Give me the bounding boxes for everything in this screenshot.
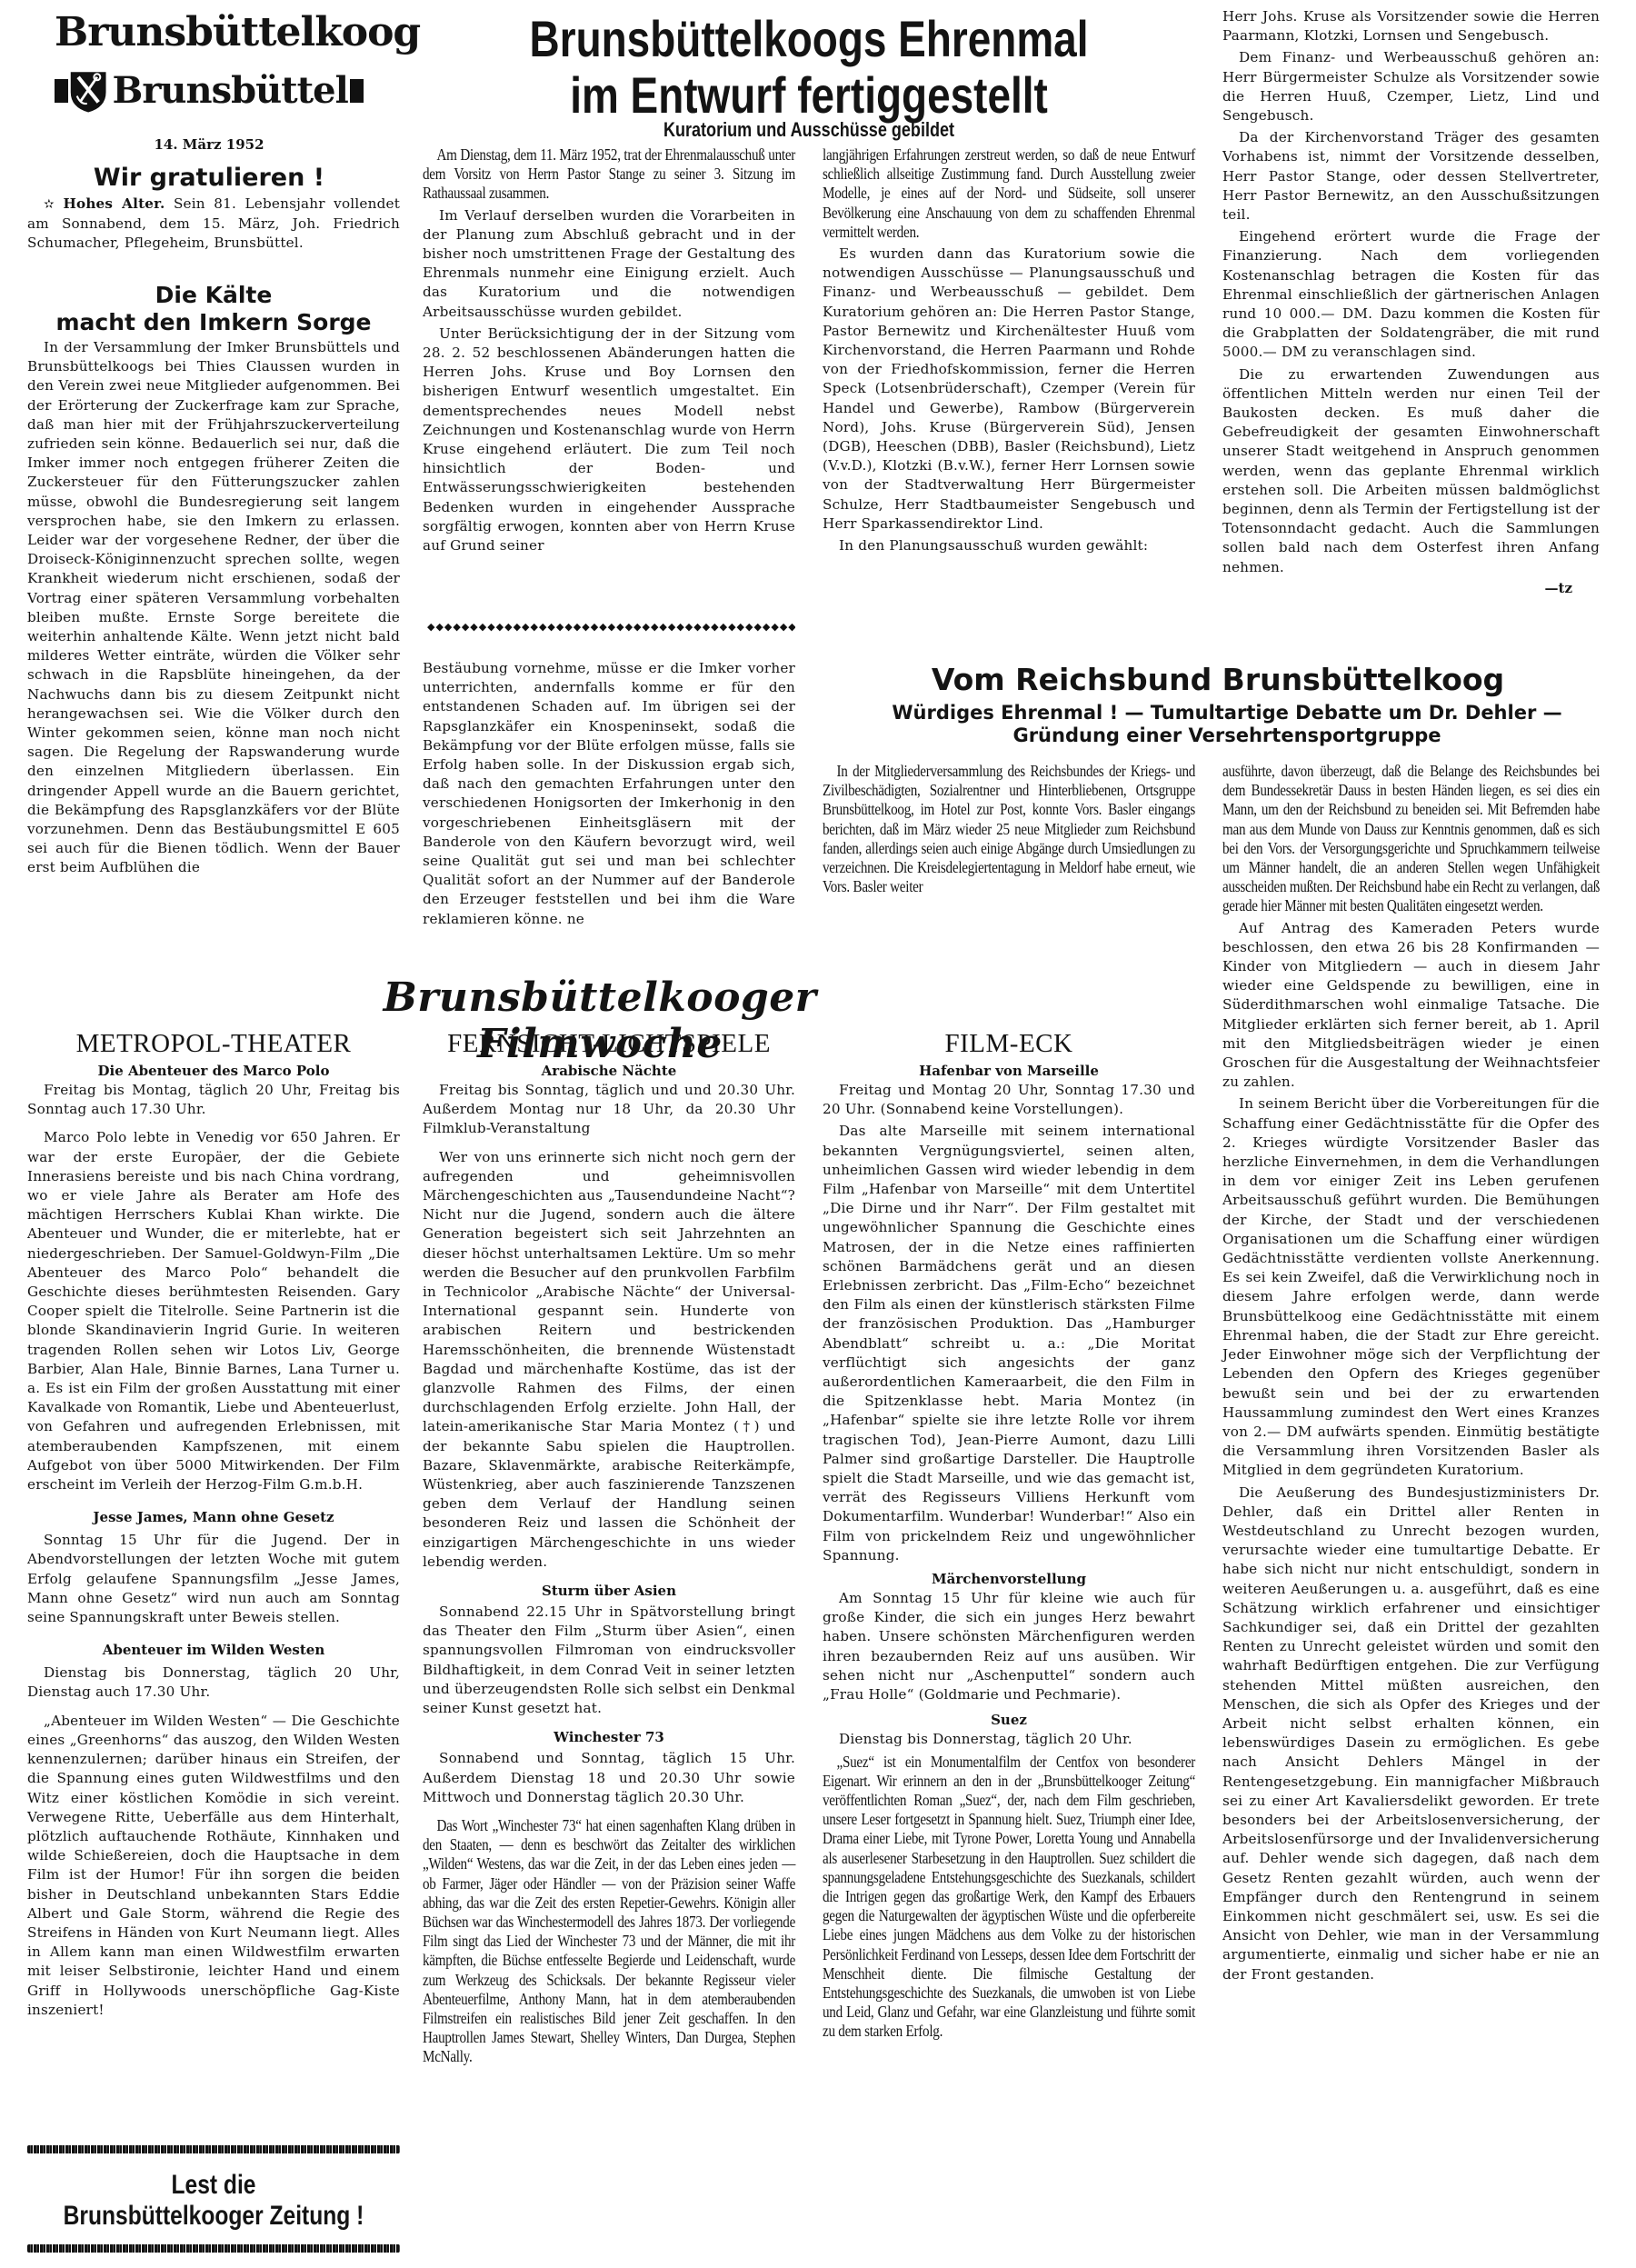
film-schedule: Freitag bis Montag, täglich 20 Uhr, Frei… <box>27 1081 400 1119</box>
film-description: „Suez“ ist ein Monumentalfilm der Centfo… <box>823 1753 1195 2042</box>
ehrenmal-col3: Herr Johs. Kruse als Vorsitzender sowie … <box>1222 7 1600 596</box>
reichsbund-col2: ausführte, davon überzeugt, daß die Bela… <box>1222 762 1600 1987</box>
ehrenmal-col3-p3: Da der Kirchenvorstand Träger des gesamt… <box>1222 128 1600 225</box>
zeitung-ad: Lest die Brunsbüttelkooger Zeitung ! <box>27 2145 400 2253</box>
imker-headline-line2: macht den Imkern Sorge <box>27 309 400 336</box>
gratulation-title: Wir gratulieren ! <box>27 164 391 192</box>
film-schedule: Dienstag bis Donnerstag, täglich 20 Uhr,… <box>27 1664 400 1702</box>
ehrenmal-col2: langjährigen Erfahrungen zerstreut werde… <box>823 145 1195 558</box>
film-schedule: Sonnabend und Sonntag, täglich 15 Uhr. A… <box>423 1749 795 1807</box>
diamond-divider: ◆◆◆◆◆◆◆◆◆◆◆◆◆◆◆◆◆◆◆◆◆◆◆◆◆◆◆◆◆◆◆◆◆◆◆◆◆◆◆◆… <box>427 621 795 633</box>
ehrenmal-col1: Am Dienstag, dem 11. März 1952, trat der… <box>423 145 795 558</box>
reichsbund-col1-p1: In der Mitgliederversammlung des Reichsb… <box>823 762 1195 896</box>
film-description: Das Wort „Winchester 73“ hat einen sagen… <box>423 1816 795 2067</box>
film-title: Hafenbar von Marseille <box>823 1063 1195 1079</box>
film-title: Sturm über Asien <box>423 1583 795 1599</box>
film-description: Sonntag 15 Uhr für die Jugend. Der in Ab… <box>27 1531 400 1627</box>
reichsbund-col1: In der Mitgliederversammlung des Reichsb… <box>823 762 1195 899</box>
ehrenmal-col2-p3: In den Planungsausschuß wurden gewählt: <box>823 536 1195 555</box>
masthead: Brunsbüttelkoog Brunsbüttel <box>55 9 364 136</box>
author-signature: —tz <box>1222 580 1600 596</box>
banner-left-ribbon <box>55 79 68 103</box>
imker-article-col2: Bestäubung vornehme, müsse er die Imker … <box>423 659 795 932</box>
imker-headline-line1: Die Kälte <box>27 282 400 309</box>
anchor-crest-icon <box>68 58 108 124</box>
masthead-line2: Brunsbüttel <box>113 69 348 113</box>
cinema-metropol: METROPOL-THEATER Die Abenteuer des Marco… <box>27 1029 400 2023</box>
imker-paragraph-1: In der Versammlung der Imker Brunsbüttel… <box>27 338 400 878</box>
banner-right-ribbon <box>350 79 364 103</box>
cinema-name: METROPOL-THEATER <box>27 1029 400 1059</box>
reichsbund-headline: Vom Reichsbund Brunsbüttelkoog <box>818 662 1618 697</box>
film-schedule: Freitag bis Sonntag, täglich und und 20.… <box>423 1081 795 1139</box>
film-description: „Abenteuer im Wilden Westen“ — Die Gesch… <box>27 1712 400 2020</box>
film-description: Am Sonntag 15 Uhr für kleine wie auch fü… <box>823 1589 1195 1704</box>
cinema-name: FERNSICHT-LICHTSPIELE <box>423 1029 795 1059</box>
reichsbund-col2-p1: ausführte, davon überzeugt, daß die Bela… <box>1222 762 1600 916</box>
film-description: Marco Polo lebte in Venedig vor 650 Jahr… <box>27 1128 400 1494</box>
cinema-film-eck: FILM-ECK Hafenbar von Marseille Freitag … <box>823 1029 1195 2044</box>
film-schedule: Dienstag bis Donnerstag, täglich 20 Uhr. <box>823 1730 1195 1749</box>
ehrenmal-col1-p1: Am Dienstag, dem 11. März 1952, trat der… <box>423 145 795 204</box>
ehrenmal-col1-p3: Unter Berücksichtigung der in der Sitzun… <box>423 325 795 555</box>
film-title: Winchester 73 <box>423 1729 795 1745</box>
film-description: Das alte Marseille mit seinem internatio… <box>823 1122 1195 1565</box>
ehrenmal-headline: Brunsbüttelkoogs Ehrenmal im Entwurf fer… <box>474 11 1144 124</box>
star-icon: ✫ <box>44 197 55 212</box>
ad-line2: Brunsbüttelkooger Zeitung ! <box>61 2201 366 2232</box>
reichsbund-col2-p2: Auf Antrag des Kameraden Peters wurde be… <box>1222 919 1600 1093</box>
reichsbund-subhead: Würdiges Ehrenmal ! — Tumultartige Debat… <box>845 702 1609 747</box>
film-title: Die Abenteuer des Marco Polo <box>27 1063 400 1079</box>
ad-line1: Lest die <box>61 2170 366 2201</box>
imker-headline: Die Kälte macht den Imkern Sorge <box>27 282 400 336</box>
decorative-rule <box>27 2145 400 2153</box>
ehrenmal-subhead: Kuratorium und Ausschüsse gebildet <box>474 118 1144 142</box>
film-title: Suez <box>823 1712 1195 1728</box>
film-title: Arabische Nächte <box>423 1063 795 1079</box>
cinema-fernsicht: FERNSICHT-LICHTSPIELE Arabische Nächte F… <box>423 1029 795 2070</box>
film-schedule: Freitag und Montag 20 Uhr, Sonntag 17.30… <box>823 1081 1195 1119</box>
imker-paragraph-2: Bestäubung vornehme, müsse er die Imker … <box>423 659 795 929</box>
ehrenmal-headline-line2: im Entwurf fertiggestellt <box>474 67 1144 124</box>
film-title: Abenteuer im Wilden Westen <box>27 1642 400 1658</box>
imker-article-col1: In der Versammlung der Imker Brunsbüttel… <box>27 338 400 881</box>
film-description: Sonnabend 22.15 Uhr in Spätvorstellung b… <box>423 1603 795 1718</box>
reichsbund-col2-p3: In seinem Bericht über die Vorbereitunge… <box>1222 1094 1600 1480</box>
ehrenmal-headline-line1: Brunsbüttelkoogs Ehrenmal <box>474 11 1144 67</box>
film-description: Wer von uns erinnerte sich nicht noch ge… <box>423 1148 795 1572</box>
ehrenmal-col3-p2: Dem Finanz- und Werbeausschuß gehören an… <box>1222 48 1600 125</box>
gratulation-lead: Hohes Alter. <box>63 195 165 212</box>
ehrenmal-col3-p1: Herr Johs. Kruse als Vorsitzender sowie … <box>1222 7 1600 45</box>
decorative-rule <box>27 2244 400 2253</box>
issue-date: 14. März 1952 <box>55 136 364 153</box>
ehrenmal-col2-p2: Es wurden dann das Kuratorium sowie die … <box>823 245 1195 534</box>
reichsbund-col2-p4: Die Aeußerung des Bundesjustizministers … <box>1222 1484 1600 1984</box>
masthead-line1: Brunsbüttelkoog <box>55 9 364 56</box>
ehrenmal-col3-p4: Eingehend erörtert wurde die Frage der F… <box>1222 227 1600 362</box>
gratulation-article: ✫ Hohes Alter. Sein 81. Lebensjahr volle… <box>27 195 400 256</box>
film-title: Märchenvorstellung <box>823 1571 1195 1587</box>
ehrenmal-col2-p1: langjährigen Erfahrungen zerstreut werde… <box>823 145 1195 242</box>
cinema-name: FILM-ECK <box>823 1029 1195 1059</box>
film-title: Jesse James, Mann ohne Gesetz <box>27 1509 400 1525</box>
ehrenmal-col1-p2: Im Verlauf derselben wurden die Vorarbei… <box>423 206 795 322</box>
ehrenmal-col3-p5: Die zu erwartenden Zuwendungen aus öffen… <box>1222 365 1600 577</box>
